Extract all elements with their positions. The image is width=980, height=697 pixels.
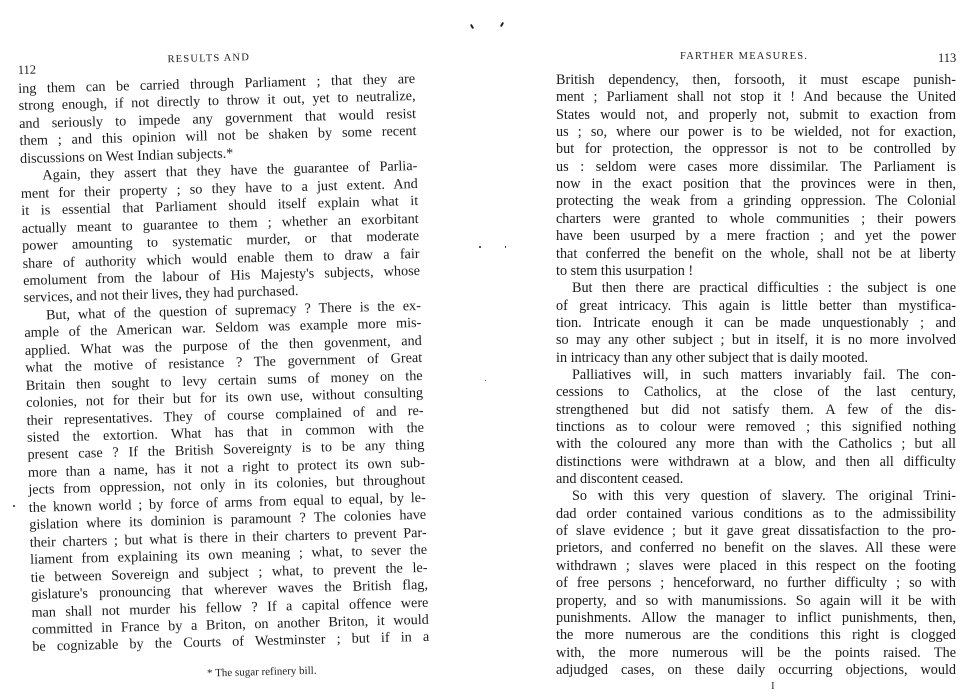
right-page: FARTHER MEASURES. 113 British dependency… xyxy=(490,0,980,697)
text-line: that conferred the benefit on the whole,… xyxy=(556,246,956,263)
text-line: dad order contained various conditions a… xyxy=(556,506,956,523)
left-page-body: 112 RESULTS AND ing them can be carried … xyxy=(0,0,505,697)
text-line: but for protection, the oppressor is not… xyxy=(556,141,956,158)
text-line: in intricacy than any other subject that… xyxy=(556,350,868,367)
text-line: us : seldom were cases more dissimilar. … xyxy=(556,159,956,176)
running-head: RESULTS AND xyxy=(167,52,250,65)
text-line: us ; so, where our power is to be wielde… xyxy=(556,124,956,141)
text-line: with, the more numerous will be the poin… xyxy=(556,645,956,662)
text-line: punishments. Allow the manager to inflic… xyxy=(556,610,956,627)
text-line: prietors, and conferred no benefit on th… xyxy=(556,540,956,557)
text-line: Palliatives will, in such matters invari… xyxy=(572,367,956,384)
text-line: of free persons ; henceforward, no furth… xyxy=(556,575,956,592)
text-line: cessions to Catholics, at the close of t… xyxy=(556,384,956,401)
text-line: adjudged cases, on these daily occurring… xyxy=(556,662,956,679)
scan-speck xyxy=(13,505,15,507)
text-line: so may any other subject ; but in itself… xyxy=(556,332,956,349)
text-line: the more numerous are the conditions thi… xyxy=(556,627,956,644)
text-line: and discontent ceased. xyxy=(556,471,683,488)
text-line: tion. Intricate enough it can be made un… xyxy=(556,315,956,332)
scan-speck xyxy=(505,246,506,248)
text-line: of great intricacy. This again is little… xyxy=(556,298,956,315)
signature-mark: I xyxy=(771,680,775,692)
page-number: 113 xyxy=(938,51,956,66)
text-line: ment ; Parliament shall not stop it ! An… xyxy=(556,89,956,106)
text-line: charters were granted to whole communiti… xyxy=(556,211,956,228)
text-line: protecting the weak from a grinding oppr… xyxy=(556,193,956,210)
text-line: property, and so with manumissions. So a… xyxy=(556,593,956,610)
text-line: But then there are practical difficultie… xyxy=(572,280,956,297)
footnote: * The sugar refinery bill. xyxy=(207,665,317,680)
text-line: States would not, and properly not, subm… xyxy=(556,107,956,124)
scan-speck xyxy=(485,380,486,381)
text-line: with the coloured any more than with the… xyxy=(556,436,956,453)
text-line: strengthened but did not satisfy them. A… xyxy=(556,402,956,419)
text-line: tinctions as to colour were removed ; th… xyxy=(556,419,956,436)
left-page: 112 RESULTS AND ing them can be carried … xyxy=(0,0,490,697)
text-line: withdrawn ; slaves were placed in this r… xyxy=(556,558,956,575)
text-line: now in the exact position that the provi… xyxy=(556,176,956,193)
text-line: So with this very question of slavery. T… xyxy=(572,488,956,505)
text-line: distinctions were withdrawn at a blow, a… xyxy=(556,454,956,471)
running-head: FARTHER MEASURES. xyxy=(680,51,808,62)
text-line: have been usurped by a mere fraction ; a… xyxy=(556,228,956,245)
page-number: 112 xyxy=(18,63,37,78)
left-text-column: ing them can be carried through Parliame… xyxy=(0,0,488,1)
text-line: of slave evidence ; but it gave great di… xyxy=(556,523,956,540)
text-line: to stem this usurpation ! xyxy=(556,263,693,280)
scan-speck xyxy=(479,246,481,248)
text-line: British dependency, then, forsooth, it m… xyxy=(556,72,956,89)
